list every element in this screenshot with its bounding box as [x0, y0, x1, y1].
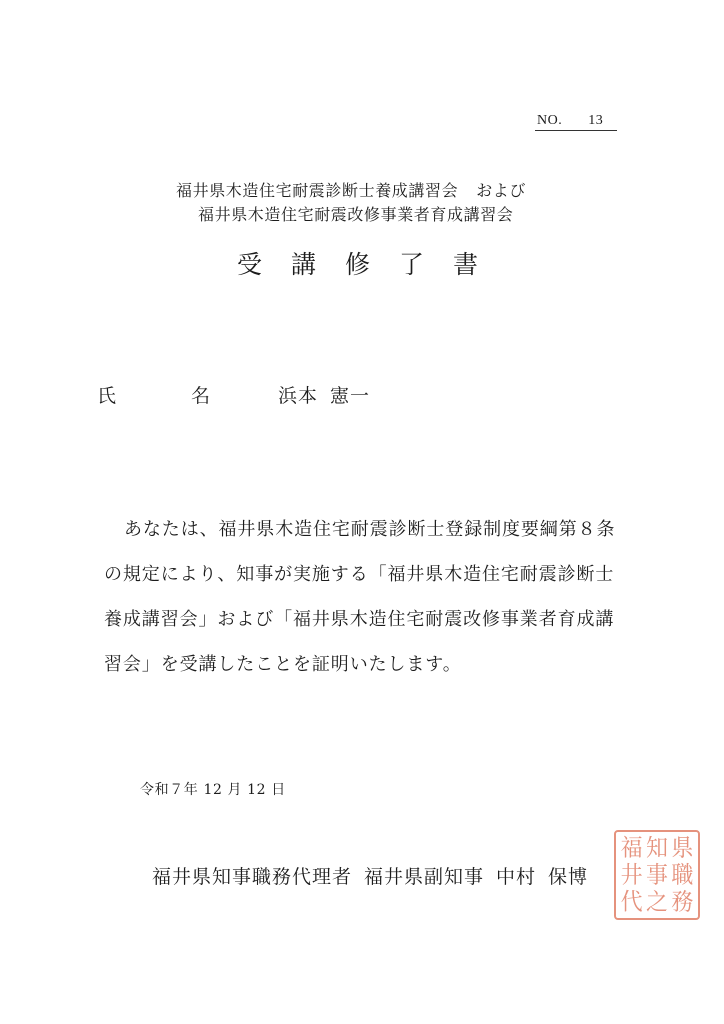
issue-date: 令和７年 12 月 12 日 — [140, 779, 286, 799]
name-label-char-2: 名 — [191, 381, 210, 408]
course-name-diagnostician: 福井県木造住宅耐震診断士養成講習会 — [176, 181, 458, 200]
recipient-family-name: 浜本 — [278, 385, 318, 407]
course-name-line-2: 福井県木造住宅耐震改修事業者育成講習会 — [198, 202, 513, 225]
signatory-role: 福井県知事職務代理者 — [152, 866, 352, 888]
seal-char: 之 — [644, 888, 669, 916]
seal-char: 井 — [619, 861, 644, 889]
seal-char: 代 — [619, 888, 644, 916]
title-char: 了 — [399, 245, 453, 281]
course-name-retrofit-contractor: 福井県木造住宅耐震改修事業者育成講習会 — [198, 205, 513, 224]
course-name-line-1: 福井県木造住宅耐震診断士養成講習会および — [176, 178, 526, 201]
seal-char: 県 — [670, 834, 695, 862]
seal-char: 福 — [619, 834, 644, 862]
certificate-number-label: NO. — [537, 113, 562, 128]
body-text-line: の規定により、知事が実施する「福井県木造住宅耐震診断士 — [104, 560, 614, 586]
title-char: 受 — [237, 245, 291, 281]
certificate-number-value: 13 — [588, 113, 603, 128]
signatory-title: 福井県副知事 — [364, 866, 484, 888]
recipient-name: 浜本憲一 — [278, 381, 370, 408]
course-conjunction: および — [476, 181, 526, 200]
seal-char: 知 — [644, 834, 669, 862]
title-char: 書 — [453, 245, 507, 281]
body-text-line: 養成講習会」および「福井県木造住宅耐震改修事業者育成講 — [104, 605, 614, 631]
recipient-given-name: 憲一 — [330, 385, 370, 407]
official-seal-stamp: 県 職 務 知 事 之 福 井 代 — [614, 830, 700, 920]
body-text-line: 習会」を受講したことを証明いたします。 — [104, 650, 462, 676]
seal-char: 務 — [670, 888, 695, 916]
title-char: 講 — [291, 245, 345, 281]
body-text-line: あなたは、福井県木造住宅耐震診断士登録制度要綱第８条 — [124, 515, 615, 541]
signatory-given-name: 保博 — [548, 866, 588, 888]
seal-char: 職 — [670, 861, 695, 889]
document-title: 受講修了書 — [237, 245, 507, 281]
signatory: 福井県知事職務代理者福井県副知事中村保博 — [152, 862, 588, 889]
name-label-char-1: 氏 — [97, 381, 116, 408]
certificate-number: NO.13 — [535, 113, 617, 131]
signatory-family-name: 中村 — [496, 866, 536, 888]
seal-char: 事 — [644, 861, 669, 889]
title-char: 修 — [345, 245, 399, 281]
